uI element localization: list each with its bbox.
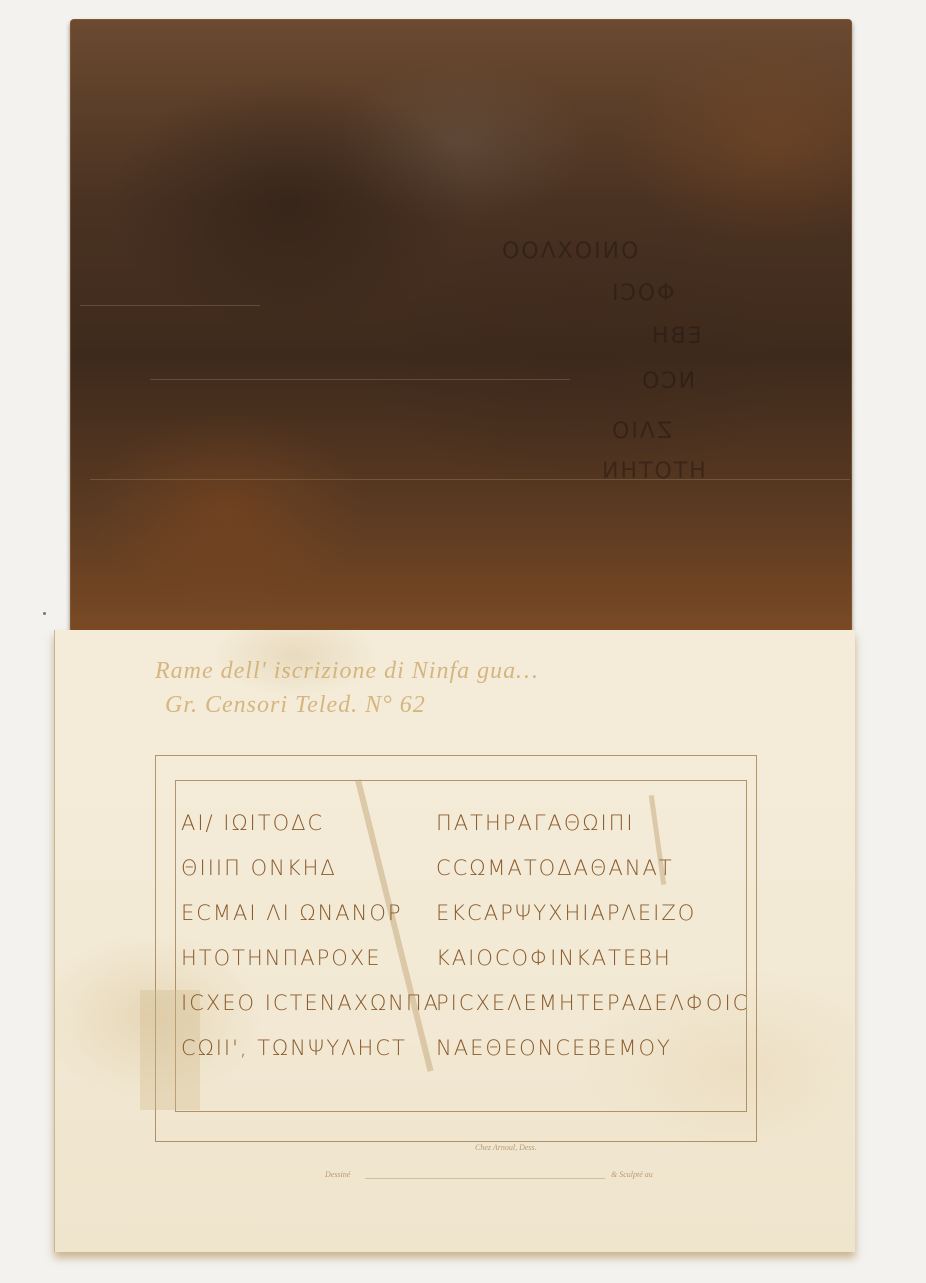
inscription-right-fragment: ΠΑΤΗΡΑΓΑΘΩΙΠΙ (436, 811, 745, 835)
inscription-left-fragment: ΙCΧΕΟ ΙCΤΕΝΑΧΩΝΠΑ (175, 991, 436, 1015)
plate-scratch (90, 479, 850, 480)
inscription-line: ΗΤΟΤΗΝΠΑΡΟΧΕ ΚΑΙΟCΟΦΙΝΚΑΤΕΒΗ (175, 935, 745, 980)
greek-inscription: ΑΙ/ ΙΩΙΤΟΔC ΠΑΤΗΡΑΓΑΘΩΙΠΙ ΘΙΙΙΠ ΟΝΚΗΔ CC… (175, 800, 745, 1070)
plate-ghost-text: ΦΟCΙ (610, 281, 674, 306)
plate-scratch (150, 379, 570, 380)
plate-scratch (80, 305, 260, 306)
plate-ghost-text: ΖΛΙΟ (610, 419, 672, 444)
inscription-right-fragment: ΝΑΕΘΕΟΝCΕΒΕΜΟΥ (436, 1036, 745, 1060)
inscription-left-fragment: ΘΙΙΙΠ ΟΝΚΗΔ (175, 856, 436, 880)
caption-rule (365, 1178, 605, 1179)
inscription-right-fragment: ΡΙCΧΕΛΕΜΗΤΕΡΑΔΕΛΦΟΙC (436, 991, 749, 1015)
inscription-left-fragment: CΩΙΙ', ΤΩΝΨΥΛΗCΤ (175, 1036, 436, 1060)
inscription-left-fragment: ΗΤΟΤΗΝΠΑΡΟΧΕ (175, 946, 436, 970)
engraver-caption: Chez Arnoul, Dess. (475, 1143, 537, 1152)
inscription-right-fragment: ΕΚCΑΡΨΥΧΗΙΑΡΛΕΙΖΟ (436, 901, 745, 925)
inscription-line: ΑΙ/ ΙΩΙΤΟΔC ΠΑΤΗΡΑΓΑΘΩΙΠΙ (175, 800, 745, 845)
plate-ghost-text: ΝCΟ (640, 369, 695, 394)
inscription-right-fragment: CCΩΜΑΤΟΔΑΘΑΝΑΤ (436, 856, 745, 880)
paper-proof: Rame dell' iscrizione di Ninfa gua… Gr. … (54, 630, 855, 1252)
plate-ghost-text: ΟΝΙΟΧΛΟΟ (500, 239, 638, 264)
caption-bottom-left: Dessiné (325, 1170, 350, 1179)
inscription-line: CΩΙΙ', ΤΩΝΨΥΛΗCΤ ΝΑΕΘΕΟΝCΕΒΕΜΟΥ (175, 1025, 745, 1070)
handwritten-note-line-1: Rame dell' iscrizione di Ninfa gua… (155, 658, 538, 685)
caption-bottom-right: & Sculpté au (611, 1170, 653, 1179)
handwritten-note-line-2: Gr. Censori Teled. N° 62 (165, 692, 426, 719)
inscription-line: ΙCΧΕΟ ΙCΤΕΝΑΧΩΝΠΑ ΡΙCΧΕΛΕΜΗΤΕΡΑΔΕΛΦΟΙC (175, 980, 745, 1025)
inscription-right-fragment: ΚΑΙΟCΟΦΙΝΚΑΤΕΒΗ (436, 946, 745, 970)
copper-plate: ΟΝΙΟΧΛΟΟ ΦΟCΙ ΕΒΗ ΝCΟ ΖΛΙΟ ΗΤΟΤΗΝ (70, 19, 852, 633)
inscription-left-fragment: ΕCΜΑΙ ΛΙ ΩΝΑΝΟΡ (175, 901, 436, 925)
inscription-left-fragment: ΑΙ/ ΙΩΙΤΟΔC (175, 811, 436, 835)
plate-ghost-text: ΗΤΟΤΗΝ (600, 459, 706, 484)
inscription-line: ΘΙΙΙΠ ΟΝΚΗΔ CCΩΜΑΤΟΔΑΘΑΝΑΤ (175, 845, 745, 890)
plate-ghost-text: ΕΒΗ (650, 324, 702, 349)
inscription-line: ΕCΜΑΙ ΛΙ ΩΝΑΝΟΡ ΕΚCΑΡΨΥΧΗΙΑΡΛΕΙΖΟ (175, 890, 745, 935)
margin-speck (43, 612, 46, 615)
